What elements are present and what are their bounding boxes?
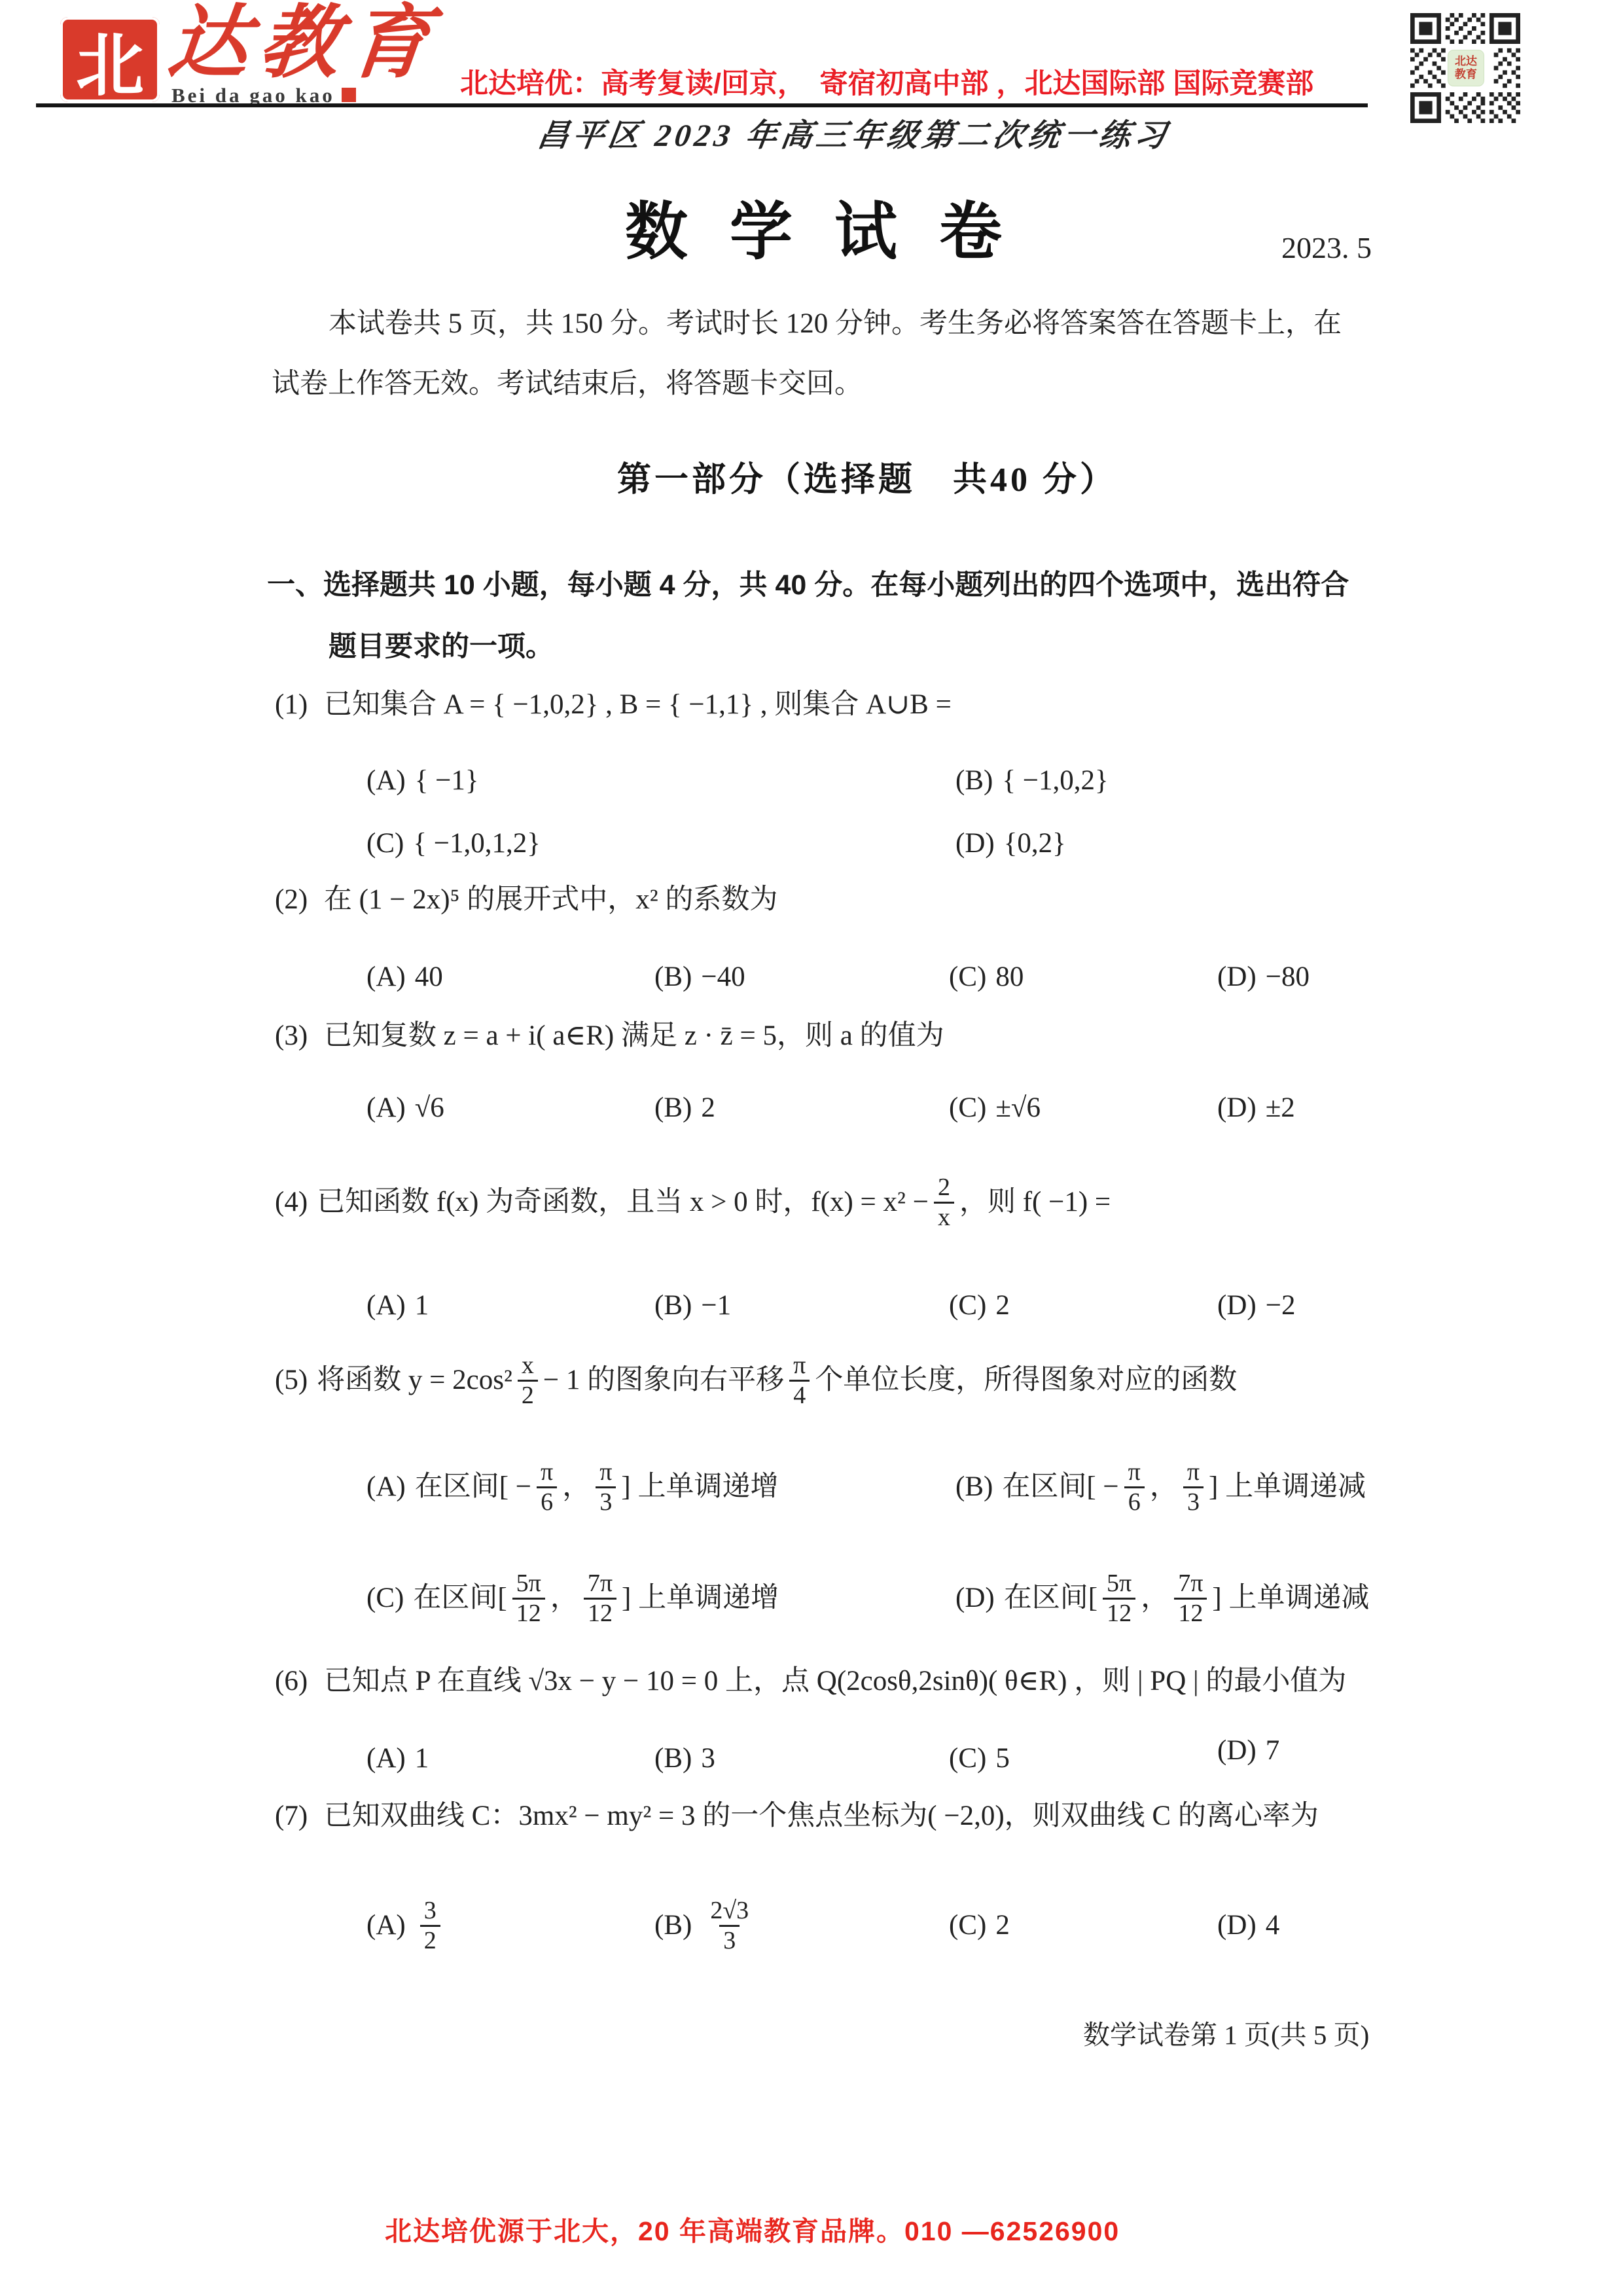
- q5d-f2-den: 12: [1174, 1598, 1207, 1628]
- question-2-text: 在 (1 − 2x)⁵ 的展开式中，x² 的系数为: [324, 884, 778, 915]
- question-2-stem: (2) 在 (1 − 2x)⁵ 的展开式中，x² 的系数为: [275, 882, 777, 918]
- question-4-text-1: 已知函数 f(x) 为奇函数，且当 x > 0 时，f(x) = x² −: [317, 1185, 929, 1220]
- q4-option-b-label: (B): [654, 1290, 692, 1321]
- q2-option-b-value: −40: [701, 961, 745, 992]
- exam-paper-page: 北 达教育 Bei da gao kao 北达培优：高考复读/回京， 寄宿初高中…: [0, 0, 1623, 2296]
- q3-option-c-label: (C): [949, 1092, 986, 1123]
- page-number: 数学试卷第 1 页(共 5 页): [1083, 2013, 1369, 2052]
- intro-line-2: 试卷上作答无效。考试结束后，将答题卡交回。: [272, 367, 863, 402]
- q5-option-c-fraction-2: 7π12: [584, 1570, 616, 1627]
- q5-option-c-fraction-1: 5π12: [512, 1570, 545, 1627]
- q6-option-a: (A)1: [366, 1741, 429, 1776]
- q5b-f2-num: π: [1183, 1458, 1204, 1486]
- brand-square-icon: [342, 88, 356, 102]
- q1-option-a-label: (A): [366, 765, 406, 796]
- q7-option-b-label: (B): [654, 1908, 692, 1943]
- question-6-number: (6): [275, 1666, 308, 1696]
- q7-option-d-label: (D): [1217, 1908, 1257, 1943]
- q1-option-c-value: { −1,0,1,2}: [413, 828, 541, 859]
- q7-option-b-fraction: 2√33: [706, 1897, 753, 1954]
- q5-option-a-comma: ，: [562, 1469, 590, 1505]
- question-7-stem: (7) 已知双曲线 C：3mx² − my² = 3 的一个焦点坐标为( −2,…: [275, 1799, 1319, 1834]
- question-4-text-2: ，则 f( −1) =: [959, 1185, 1111, 1220]
- q6-option-d-value: 7: [1266, 1735, 1280, 1766]
- q5-option-b-label: (B): [955, 1469, 993, 1505]
- question-5-text-3: 个单位长度，所得图象对应的函数: [815, 1363, 1237, 1398]
- q2-option-d-value: −80: [1266, 961, 1310, 992]
- brand-seal-logo: 北: [60, 17, 160, 102]
- q3-option-a-label: (A): [366, 1092, 406, 1123]
- intro-line-1: 本试卷共 5 页，共 150 分。考试时长 120 分钟。考生务必将答案答在答题…: [329, 306, 1342, 342]
- q5-option-d: (D) 在区间[ 5π12 ， 7π12 ] 上单调递减: [955, 1552, 1369, 1644]
- q5-option-c-text-2: ] 上单调递增: [622, 1581, 779, 1616]
- q5-option-a-text-2: ] 上单调递增: [621, 1469, 778, 1505]
- q3-option-a-value: √6: [415, 1092, 444, 1123]
- instruction-line-1: 一、选择题共 10 小题，每小题 4 分，共 40 分。在每小题列出的四个选项中…: [267, 568, 1349, 603]
- q3-option-d: (D)±2: [1217, 1090, 1295, 1126]
- q2-option-b: (B)−40: [654, 960, 745, 995]
- question-4-stem: (4) 已知函数 f(x) 为奇函数，且当 x > 0 时，f(x) = x² …: [275, 1160, 1111, 1245]
- q2-option-c-value: 80: [995, 961, 1024, 992]
- q7b-den: 3: [719, 1925, 740, 1955]
- q5-fraction-1-numerator: x: [518, 1352, 538, 1380]
- question-7-number: (7): [275, 1801, 308, 1831]
- q5-fraction-2-numerator: π: [789, 1352, 810, 1380]
- q5a-f1-num: π: [537, 1458, 557, 1486]
- q5-option-b-fraction-2: π3: [1183, 1458, 1204, 1516]
- q6-option-c-value: 5: [995, 1743, 1010, 1774]
- q3-option-b-label: (B): [654, 1092, 692, 1123]
- section-heading: 第一部分（选择题 共40 分）: [0, 452, 1623, 501]
- q6-option-b-value: 3: [701, 1743, 715, 1774]
- q4-option-c: (C)2: [949, 1288, 1010, 1323]
- q5d-f1-den: 12: [1103, 1598, 1135, 1628]
- q5-option-b: (B) 在区间[ − π6 ， π3 ] 上单调递减: [955, 1448, 1366, 1526]
- qr-center-badge: 北达 教育: [1448, 50, 1484, 86]
- q5c-f2-num: 7π: [584, 1570, 616, 1598]
- q3-option-c-value: ±√6: [995, 1092, 1041, 1123]
- q5d-f1-num: 5π: [1103, 1570, 1135, 1598]
- q5-option-b-text-1: 在区间[ −: [1002, 1469, 1118, 1505]
- q5b-f1-num: π: [1124, 1458, 1145, 1486]
- q2-option-b-label: (B): [654, 961, 692, 992]
- exam-date: 2023. 5: [1281, 230, 1372, 265]
- q7-option-d: (D)4: [1217, 1873, 1279, 1978]
- question-4-number: (4): [275, 1185, 308, 1220]
- q6-option-c-label: (C): [949, 1743, 986, 1774]
- q4-option-a-label: (A): [366, 1290, 406, 1321]
- q7-option-c-value: 2: [995, 1908, 1010, 1943]
- q6-option-d-label: (D): [1217, 1735, 1257, 1766]
- q7b-num: 2√3: [706, 1897, 753, 1925]
- q5-option-d-comma: ，: [1141, 1581, 1169, 1616]
- question-6-stem: (6) 已知点 P 在直线 √3x − y − 10 = 0 上，点 Q(2co…: [275, 1664, 1346, 1699]
- q5c-f1-num: 5π: [512, 1570, 545, 1598]
- q5c-f2-den: 12: [584, 1598, 616, 1628]
- q5a-f2-den: 3: [596, 1486, 616, 1516]
- q5-option-d-fraction-2: 7π12: [1174, 1570, 1207, 1627]
- q5c-f1-den: 12: [512, 1598, 545, 1628]
- q5a-f1-den: 6: [537, 1486, 557, 1516]
- q1-option-a: (A){ −1}: [366, 763, 478, 798]
- question-6-text: 已知点 P 在直线 √3x − y − 10 = 0 上，点 Q(2cosθ,2…: [324, 1666, 1347, 1696]
- q4-option-a-value: 1: [415, 1290, 429, 1321]
- q1-option-b-value: { −1,0,2}: [1002, 765, 1108, 796]
- q7-option-a: (A) 32: [366, 1873, 446, 1978]
- q5-option-d-text-1: 在区间[: [1004, 1581, 1097, 1616]
- question-7-text: 已知双曲线 C：3mx² − my² = 3 的一个焦点坐标为( −2,0)，则…: [324, 1801, 1319, 1831]
- q1-option-d-label: (D): [955, 828, 995, 859]
- qr-badge-text-1: 北达: [1455, 55, 1477, 68]
- q3-option-a: (A)√6: [366, 1090, 444, 1126]
- q3-option-b: (B)2: [654, 1090, 715, 1126]
- q1-option-b: (B){ −1,0,2}: [955, 763, 1109, 798]
- header-divider: [36, 103, 1368, 107]
- q4-option-d-label: (D): [1217, 1290, 1257, 1321]
- q7-option-c-label: (C): [949, 1908, 986, 1943]
- q5-option-d-fraction-1: 5π12: [1103, 1570, 1135, 1627]
- question-5-text-2: − 1 的图象向右平移: [543, 1363, 784, 1398]
- q4-fraction: 2x: [934, 1174, 954, 1231]
- q5-option-a-text-1: 在区间[ −: [415, 1469, 531, 1505]
- q4-option-c-label: (C): [949, 1290, 986, 1321]
- q6-option-c: (C)5: [949, 1741, 1010, 1776]
- q5a-f2-num: π: [596, 1458, 616, 1486]
- instruction-line-2: 题目要求的一项。: [329, 630, 554, 665]
- q5-fraction-2: π4: [789, 1352, 810, 1409]
- q5-fraction-1-denominator: 2: [518, 1380, 538, 1410]
- q2-option-c-label: (C): [949, 961, 986, 992]
- q5-option-b-fraction-1: π6: [1124, 1458, 1145, 1516]
- q2-option-d: (D)−80: [1217, 960, 1310, 995]
- question-2-number: (2): [275, 884, 308, 915]
- q5-option-c-text-1: 在区间[: [413, 1581, 507, 1616]
- question-5-text-1: 将函数 y = 2cos²: [317, 1363, 512, 1398]
- question-5-number: (5): [275, 1363, 308, 1398]
- q1-option-b-label: (B): [955, 765, 993, 796]
- q5-fraction-1: x2: [518, 1352, 538, 1409]
- q5b-f2-den: 3: [1183, 1486, 1204, 1516]
- q5b-f1-den: 6: [1124, 1486, 1145, 1516]
- header-slogan: 北达培优：高考复读/回京， 寄宿初高中部 ，北达国际部 国际竞赛部: [460, 62, 1313, 101]
- question-3-stem: (3) 已知复数 z = a + i( a∈R) 满足 z · z̄ = 5，则…: [275, 1018, 944, 1054]
- q6-option-a-value: 1: [415, 1743, 429, 1774]
- q6-option-a-label: (A): [366, 1743, 406, 1774]
- q3-option-d-value: ±2: [1266, 1092, 1295, 1123]
- q1-option-c-label: (C): [366, 828, 404, 859]
- q5-option-b-comma: ，: [1150, 1469, 1178, 1505]
- exam-session-title: 昌平区 2023 年高三年级第二次统一练习: [0, 110, 1623, 155]
- q7-option-a-fraction: 32: [420, 1897, 440, 1954]
- q5-fraction-2-denominator: 4: [789, 1380, 810, 1410]
- q6-option-b-label: (B): [654, 1743, 692, 1774]
- q5-option-a-label: (A): [366, 1469, 406, 1505]
- question-5-stem: (5) 将函数 y = 2cos² x2 − 1 的图象向右平移 π4 个单位长…: [275, 1338, 1237, 1423]
- q4-option-b-value: −1: [701, 1290, 731, 1321]
- q4-option-d: (D)−2: [1217, 1288, 1295, 1323]
- q2-option-a-value: 40: [415, 961, 443, 992]
- question-3-text: 已知复数 z = a + i( a∈R) 满足 z · z̄ = 5，则 a 的…: [324, 1020, 944, 1051]
- q6-option-b: (B)3: [654, 1741, 715, 1776]
- q2-option-c: (C)80: [949, 960, 1024, 995]
- footer-slogan: 北达培优源于北大，20 年高端教育品牌。010 —62526900: [385, 2210, 1120, 2248]
- q4-fraction-denominator: x: [934, 1202, 954, 1232]
- q7-option-d-value: 4: [1266, 1908, 1280, 1943]
- q5-option-c-comma: ，: [550, 1581, 579, 1616]
- q5-option-d-text-2: ] 上单调递减: [1212, 1581, 1369, 1616]
- q1-option-c: (C){ −1,0,1,2}: [366, 826, 541, 861]
- q5-option-d-label: (D): [955, 1581, 995, 1616]
- q4-option-b: (B)−1: [654, 1288, 731, 1323]
- question-1-number: (1): [275, 689, 308, 720]
- q2-option-a: (A)40: [366, 960, 443, 995]
- q7-option-c: (C)2: [949, 1873, 1010, 1978]
- q4-option-c-value: 2: [995, 1290, 1010, 1321]
- q7-option-a-label: (A): [366, 1908, 406, 1943]
- q3-option-c: (C)±√6: [949, 1090, 1041, 1126]
- question-3-number: (3): [275, 1020, 308, 1051]
- q4-fraction-numerator: 2: [934, 1174, 954, 1202]
- q5-option-a: (A) 在区间[ − π6 ， π3 ] 上单调递增: [366, 1448, 778, 1526]
- q5-option-a-fraction-1: π6: [537, 1458, 557, 1516]
- brand-script-text: 达教育: [165, 4, 444, 84]
- q4-option-a: (A)1: [366, 1288, 429, 1323]
- q4-option-d-value: −2: [1266, 1290, 1296, 1321]
- seal-character: 北: [76, 10, 144, 109]
- q7a-den: 2: [420, 1925, 440, 1955]
- q2-option-d-label: (D): [1217, 961, 1257, 992]
- q6-option-d: (D)7: [1217, 1733, 1279, 1768]
- q5-option-c-label: (C): [366, 1581, 404, 1616]
- qr-code: 北达 教育: [1410, 13, 1520, 123]
- question-1-stem: (1) 已知集合 A = { −1,0,2} , B = { −1,1} , 则…: [275, 687, 952, 723]
- q7a-num: 3: [420, 1897, 440, 1925]
- question-1-text: 已知集合 A = { −1,0,2} , B = { −1,1} , 则集合 A…: [324, 689, 952, 720]
- qr-badge-text-2: 教育: [1455, 68, 1477, 81]
- q1-option-a-value: { −1}: [415, 765, 479, 796]
- q5-option-a-fraction-2: π3: [596, 1458, 616, 1516]
- q1-option-d-value: {0,2}: [1004, 828, 1066, 859]
- paper-title: 数学试卷: [0, 182, 1623, 272]
- q3-option-b-value: 2: [701, 1092, 715, 1123]
- q1-option-d: (D){0,2}: [955, 826, 1066, 861]
- q2-option-a-label: (A): [366, 961, 406, 992]
- q7-option-b: (B) 2√33: [654, 1873, 758, 1978]
- q5-option-c: (C) 在区间[ 5π12 ， 7π12 ] 上单调递增: [366, 1552, 779, 1644]
- q3-option-d-label: (D): [1217, 1092, 1257, 1123]
- q5d-f2-num: 7π: [1174, 1570, 1207, 1598]
- q5-option-b-text-2: ] 上单调递减: [1209, 1469, 1366, 1505]
